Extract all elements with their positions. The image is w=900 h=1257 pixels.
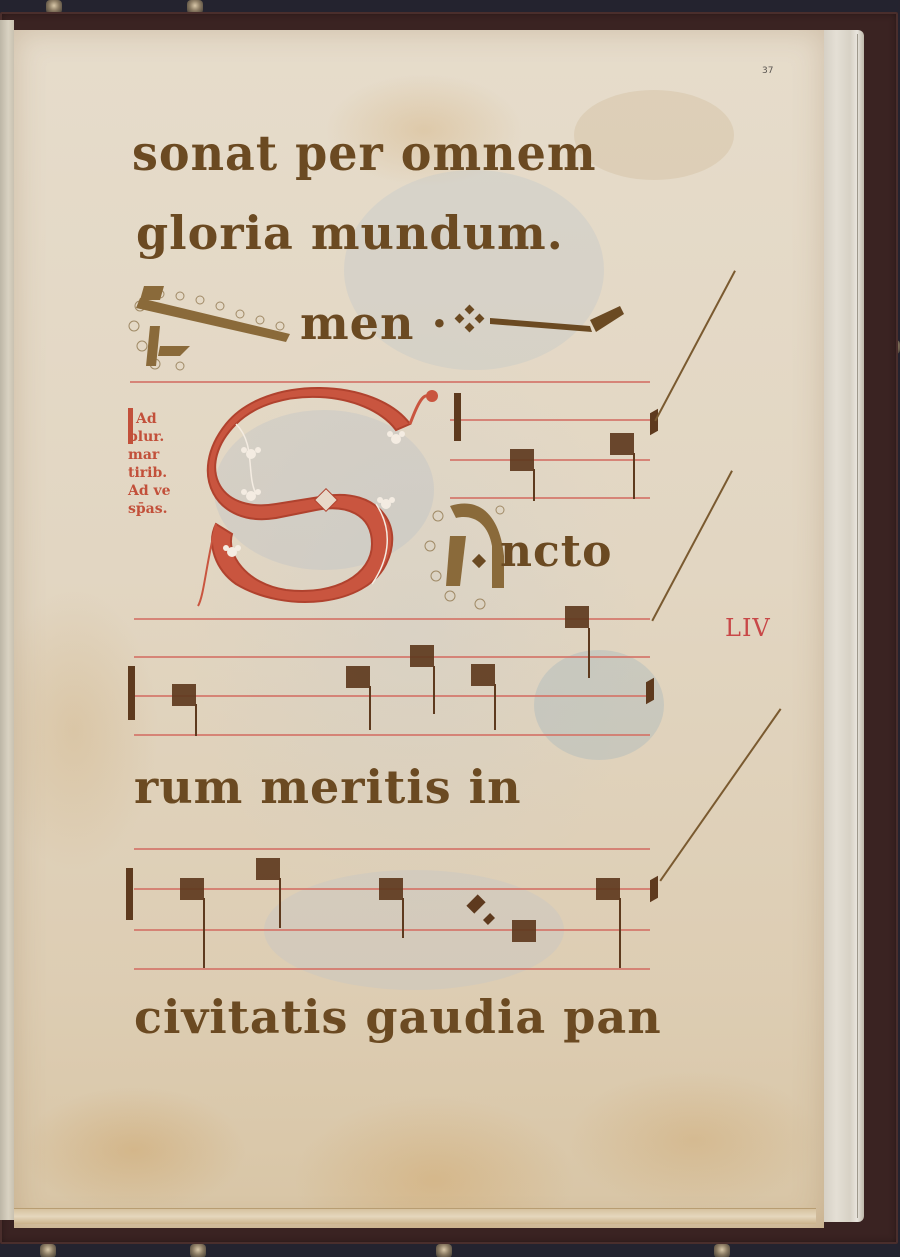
rivet bbox=[40, 1244, 56, 1257]
roman-foliation: LIV bbox=[725, 614, 771, 642]
cadel-initial-a bbox=[120, 286, 310, 376]
folio-bottom-edge bbox=[14, 1208, 816, 1224]
lyric-line-3: men · bbox=[300, 296, 448, 350]
lyric-line-1: sonat per omnem bbox=[132, 125, 597, 182]
rubric-text: Ad plur. mar tirib. Ad ve sp̄as. bbox=[128, 406, 171, 522]
decorated-initial-s bbox=[196, 384, 446, 616]
rivet bbox=[714, 1244, 730, 1257]
folio-number: 37 bbox=[762, 66, 773, 76]
facing-page-edge bbox=[0, 20, 14, 1220]
lyric-sancto-rest: ncto bbox=[500, 526, 612, 577]
line-filler-flourish bbox=[440, 300, 630, 340]
rivet bbox=[190, 1244, 206, 1257]
rubric-line: sp̄as. bbox=[128, 496, 171, 522]
music-staff-2 bbox=[134, 618, 650, 738]
page-block-edges bbox=[818, 30, 864, 1222]
lyric-line-5: civitatis gaudia pan bbox=[134, 990, 662, 1044]
music-staff-3 bbox=[134, 848, 650, 972]
cadel-initial-a-sancto bbox=[420, 496, 510, 616]
rivet bbox=[436, 1244, 452, 1257]
lyric-line-2: gloria mundum. bbox=[136, 206, 564, 260]
lyric-line-4: rum meritis in bbox=[134, 760, 522, 814]
